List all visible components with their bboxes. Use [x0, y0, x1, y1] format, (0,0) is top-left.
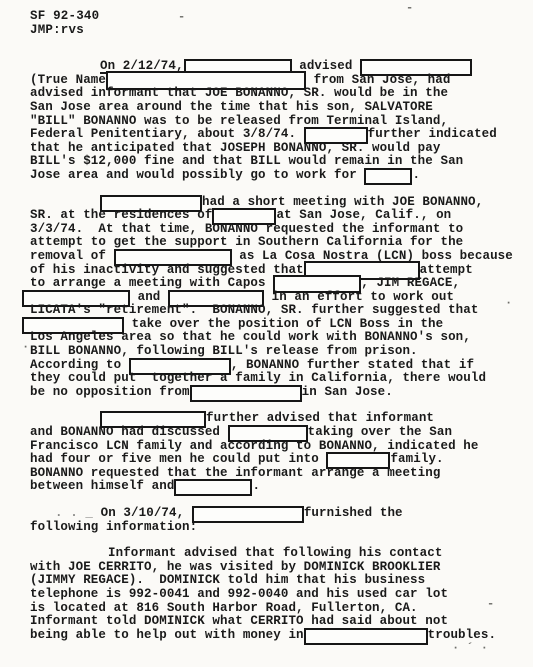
doc-text: taking over the San: [308, 425, 452, 439]
doc-line: Francisco LCN family and according to BO…: [30, 440, 519, 454]
doc-text: "BILL" BONANNO was to be released from T…: [30, 114, 448, 128]
doc-text: and BONANNO had discussed: [30, 425, 228, 439]
doc-line: that he anticipated that JOSEPH BONANNO,…: [30, 142, 519, 156]
doc-line: (True Name from San Jose, had: [30, 74, 519, 88]
doc-line: and in an effort to work out: [30, 291, 519, 305]
doc-line: "BILL" BONANNO was to be released from T…: [30, 115, 519, 129]
doc-text: attempt to get the support in Southern C…: [30, 235, 463, 249]
doc-text: (True Name: [30, 73, 106, 87]
paragraph: had a short meeting with JOE BONANNO,SR.…: [30, 196, 519, 400]
paragraph: further advised that informantand BONANN…: [30, 412, 519, 494]
doc-text: Los Angeles area so that he could work w…: [30, 330, 471, 344]
doc-line: had a short meeting with JOE BONANNO,: [30, 196, 519, 210]
doc-line: further advised that informant: [30, 412, 519, 426]
redaction-box: [304, 628, 428, 645]
scan-artifact: -: [178, 10, 185, 24]
scanned-memo-page: SF 92-340 JMP:rvs On 2/12/74, advised (T…: [0, 0, 533, 667]
doc-text: Francisco LCN family and according to BO…: [30, 439, 478, 453]
doc-text: they could put together a family in Cali…: [30, 371, 486, 385]
doc-text: further advised that informant: [206, 411, 434, 425]
doc-line: BILL BONANNO, following BILL's release f…: [30, 345, 519, 359]
doc-line: attempt to get the support in Southern C…: [30, 236, 519, 250]
doc-text: furnished the: [304, 506, 403, 520]
doc-text: following information:: [30, 520, 197, 534]
doc-text: Federal Penitentiary, about 3/8/74.: [30, 127, 304, 141]
doc-line: between himself and.: [30, 480, 519, 494]
doc-text: telephone is 992-0041 and 992-0040 and h…: [30, 587, 448, 601]
paragraph: . . _ On 3/10/74, furnished thefollowing…: [30, 507, 519, 534]
doc-line: (JIMMY REGACE). DOMINICK told him that h…: [30, 574, 519, 588]
memo-body: On 2/12/74, advised (True Name from San …: [30, 60, 519, 642]
doc-line: telephone is 992-0041 and 992-0040 and h…: [30, 588, 519, 602]
doc-text: had a short meeting with JOE BONANNO,: [202, 195, 483, 209]
doc-line: LICATA's "retirement". BONANNO, SR. furt…: [30, 304, 519, 318]
scan-artifact: -: [487, 597, 494, 611]
doc-text: On 3/10/74,: [101, 506, 192, 520]
doc-line: Jose area and would possibly go to work …: [30, 169, 519, 183]
paragraph: On 2/12/74, advised (True Name from San …: [30, 60, 519, 182]
doc-text: to arrange a meeting with Capos: [30, 276, 273, 290]
doc-line: BONANNO requested that the informant arr…: [30, 467, 519, 481]
scan-artifact: ·: [22, 340, 29, 354]
doc-text: of his inactivity and suggested that: [30, 263, 304, 277]
scan-artifact: ·: [505, 296, 512, 310]
doc-line: had four or five men he could put into f…: [30, 453, 519, 467]
doc-line: being able to help out with money introu…: [30, 629, 519, 643]
doc-text: attempt: [420, 263, 473, 277]
redaction-box: [364, 168, 412, 185]
doc-text: LICATA's "retirement". BONANNO, SR. furt…: [30, 303, 478, 317]
doc-text: being able to help out with money in: [30, 628, 304, 642]
doc-text: be no opposition from: [30, 385, 190, 399]
doc-line: with JOE CERRITO, he was visited by DOMI…: [30, 561, 519, 575]
doc-text: , BONANNO further stated that if: [231, 358, 474, 372]
doc-text: , JIM REGACE,: [361, 276, 460, 290]
memo-header: SF 92-340 JMP:rvs: [30, 10, 519, 37]
doc-line: they could put together a family in Cali…: [30, 372, 519, 386]
doc-line: removal of as La Cosa Nostra (LCN) boss …: [30, 250, 519, 264]
doc-line: Federal Penitentiary, about 3/8/74. furt…: [30, 128, 519, 142]
doc-line: Los Angeles area so that he could work w…: [30, 331, 519, 345]
doc-text: BILL's $12,000 fine and that BILL would …: [30, 154, 463, 168]
doc-text: that he anticipated that JOSEPH BONANNO,…: [30, 141, 440, 155]
doc-line: Informant advised that following his con…: [30, 547, 519, 561]
doc-line: Informant told DOMINICK what CERRITO had…: [30, 615, 519, 629]
doc-text: from San Jose, had: [306, 73, 450, 87]
doc-text: had four or five men he could put into: [30, 452, 326, 466]
file-number: SF 92-340: [30, 10, 519, 24]
doc-line: is located at 816 South Harbor Road, Ful…: [30, 602, 519, 616]
doc-line: According to , BONANNO further stated th…: [30, 359, 519, 373]
doc-text: Informant advised that following his con…: [108, 546, 442, 560]
doc-text: San Jose area around the time that his s…: [30, 100, 433, 114]
doc-text: . . _: [55, 506, 101, 520]
doc-text: 3/3/74. At that time, BONANNO requested …: [30, 222, 463, 236]
scan-artifact: -: [406, 1, 413, 15]
doc-text: between himself and: [30, 479, 174, 493]
doc-line: 3/3/74. At that time, BONANNO requested …: [30, 223, 519, 237]
doc-text: and: [130, 290, 168, 304]
doc-line: . . _ On 3/10/74, furnished the: [30, 507, 519, 521]
doc-text: further indicated: [368, 127, 497, 141]
doc-text: .: [412, 168, 420, 182]
doc-text: at San Jose, Calif., on: [276, 208, 451, 222]
doc-text: Informant told DOMINICK what CERRITO had…: [30, 614, 448, 628]
doc-line: to arrange a meeting with Capos , JIM RE…: [30, 277, 519, 291]
paragraph: Informant advised that following his con…: [30, 547, 519, 642]
doc-text: troubles.: [428, 628, 496, 642]
doc-line: SR. at the residences ofat San Jose, Cal…: [30, 209, 519, 223]
redaction-box: [174, 479, 252, 496]
doc-text: take over the position of LCN Boss in th…: [124, 317, 443, 331]
doc-text: in San Jose.: [302, 385, 393, 399]
doc-text: family.: [390, 452, 443, 466]
doc-text: advised informant that JOE BONANNO, SR. …: [30, 86, 448, 100]
doc-line: take over the position of LCN Boss in th…: [30, 318, 519, 332]
doc-text: .: [252, 479, 260, 493]
doc-line: and BONANNO had discussed taking over th…: [30, 426, 519, 440]
doc-line: be no opposition fromin San Jose.: [30, 386, 519, 400]
doc-text: (JIMMY REGACE). DOMINICK told him that h…: [30, 573, 425, 587]
redaction-box: [190, 385, 302, 402]
doc-text: Jose area and would possibly go to work …: [30, 168, 364, 182]
doc-text: is located at 816 South Harbor Road, Ful…: [30, 601, 418, 615]
doc-text: According to: [30, 358, 129, 372]
scan-artifact: · ´ ·: [452, 641, 488, 655]
doc-text: BONANNO requested that the informant arr…: [30, 466, 440, 480]
doc-line: San Jose area around the time that his s…: [30, 101, 519, 115]
doc-line: BILL's $12,000 fine and that BILL would …: [30, 155, 519, 169]
doc-text: with JOE CERRITO, he was visited by DOMI…: [30, 560, 440, 574]
doc-text: SR. at the residences of: [30, 208, 212, 222]
redaction-box: [192, 506, 304, 523]
doc-line: advised informant that JOE BONANNO, SR. …: [30, 87, 519, 101]
doc-text: BILL BONANNO, following BILL's release f…: [30, 344, 418, 358]
doc-text: in an effort to work out: [264, 290, 454, 304]
typist-initials: JMP:rvs: [30, 24, 519, 38]
doc-text: removal of: [30, 249, 114, 263]
